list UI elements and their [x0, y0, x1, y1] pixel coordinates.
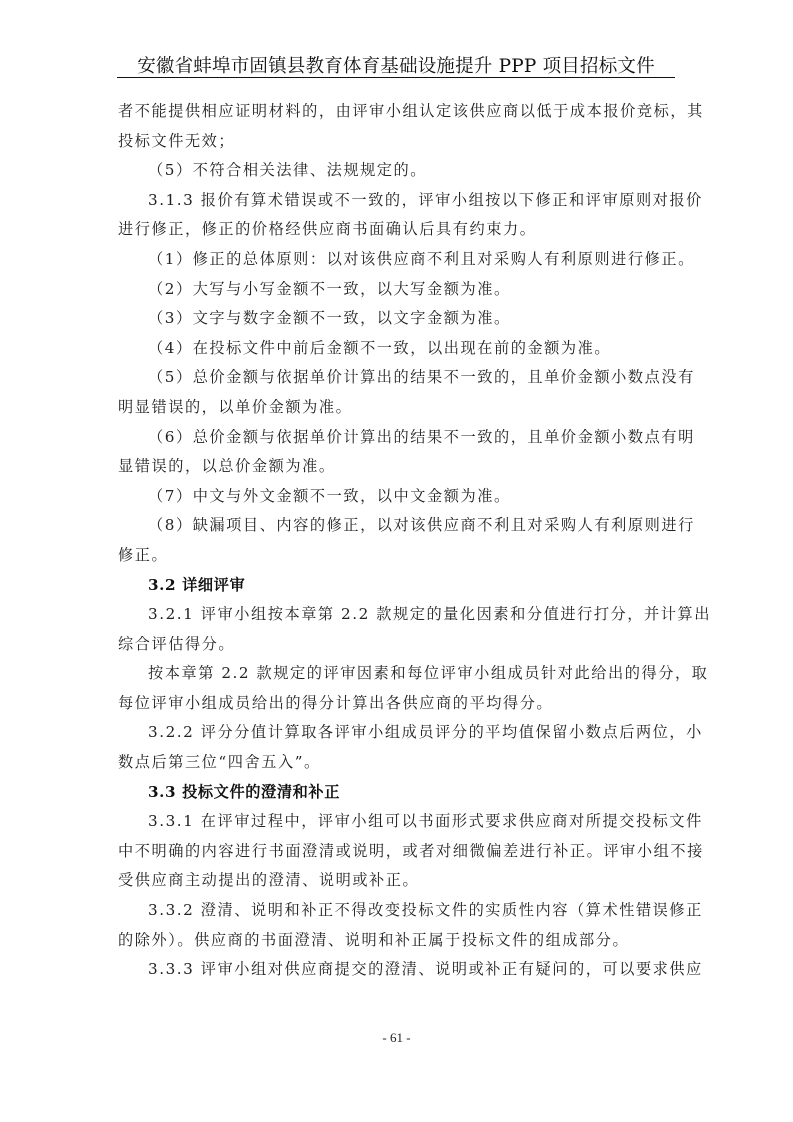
paragraph-line: （1）修正的总体原则：以对该供应商不利且对采购人有利原则进行修正。: [118, 245, 675, 275]
paragraph-line: （6）总价金额与依据单价计算出的结果不一致的，且单价金额小数点有明: [118, 423, 675, 453]
paragraph-line: （5）不符合相关法律、法规规定的。: [118, 156, 675, 186]
paragraph-line: （8）缺漏项目、内容的修正，以对该供应商不利且对采购人有利原则进行: [118, 511, 675, 541]
section-heading: 3.2 详细评审: [118, 571, 675, 601]
paragraph-line: 3.3.1 在评审过程中，评审小组可以书面形式要求供应商对所提交投标文件: [118, 807, 675, 837]
paragraph-line: 3.3.3 评审小组对供应商提交的澄清、说明或补正有疑问的，可以要求供应: [118, 955, 675, 985]
paragraph-line: 的除外）。供应商的书面澄清、说明和补正属于投标文件的组成部分。: [118, 926, 675, 956]
page-number: - 61 -: [0, 1030, 793, 1046]
paragraph-line: （5）总价金额与依据单价计算出的结果不一致的，且单价金额小数点没有: [118, 363, 675, 393]
paragraph-line: （3）文字与数字金额不一致，以文字金额为准。: [118, 304, 675, 334]
paragraph-line: 综合评估得分。: [118, 630, 675, 660]
paragraph-line: 显错误的，以总价金额为准。: [118, 452, 675, 482]
paragraph-line: （7）中文与外文金额不一致，以中文金额为准。: [118, 482, 675, 512]
paragraph-line: 按本章第 2.2 款规定的评审因素和每位评审小组成员针对此给出的得分，取: [118, 659, 675, 689]
paragraph-line: 3.2.1 评审小组按本章第 2.2 款规定的量化因素和分值进行打分，并计算出: [118, 600, 675, 630]
paragraph-line: 者不能提供相应证明材料的，由评审小组认定该供应商以低于成本报价竞标，其: [118, 97, 675, 127]
paragraph-line: 投标文件无效；: [118, 127, 675, 157]
paragraph-line: 3.2.2 评分分值计算取各评审小组成员评分的平均值保留小数点后两位，小: [118, 718, 675, 748]
paragraph-line: 受供应商主动提出的澄清、说明或补正。: [118, 866, 675, 896]
paragraph-line: 每位评审小组成员给出的得分计算出各供应商的平均得分。: [118, 689, 675, 719]
paragraph-line: 明显错误的，以单价金额为准。: [118, 393, 675, 423]
paragraph-line: 3.3.2 澄清、说明和补正不得改变投标文件的实质性内容（算术性错误修正: [118, 896, 675, 926]
header-divider: [117, 77, 675, 78]
paragraph-line: （4）在投标文件中前后金额不一致，以出现在前的金额为准。: [118, 334, 675, 364]
paragraph-line: （2）大写与小写金额不一致，以大写金额为准。: [118, 275, 675, 305]
section-heading: 3.3 投标文件的澄清和补正: [118, 778, 675, 808]
paragraph-line: 中不明确的内容进行书面澄清或说明，或者对细微偏差进行补正。评审小组不接: [118, 837, 675, 867]
paragraph-line: 进行修正，修正的价格经供应商书面确认后具有约束力。: [118, 215, 675, 245]
paragraph-line: 3.1.3 报价有算术错误或不一致的，评审小组按以下修正和评审原则对报价: [118, 186, 675, 216]
document-body: 者不能提供相应证明材料的，由评审小组认定该供应商以低于成本报价竞标，其投标文件无…: [118, 97, 675, 985]
document-header-title: 安徽省蚌埠市固镇县教育体育基础设施提升 PPP 项目招标文件: [117, 52, 675, 78]
paragraph-line: 数点后第三位“四舍五入”。: [118, 748, 675, 778]
paragraph-line: 修正。: [118, 541, 675, 571]
